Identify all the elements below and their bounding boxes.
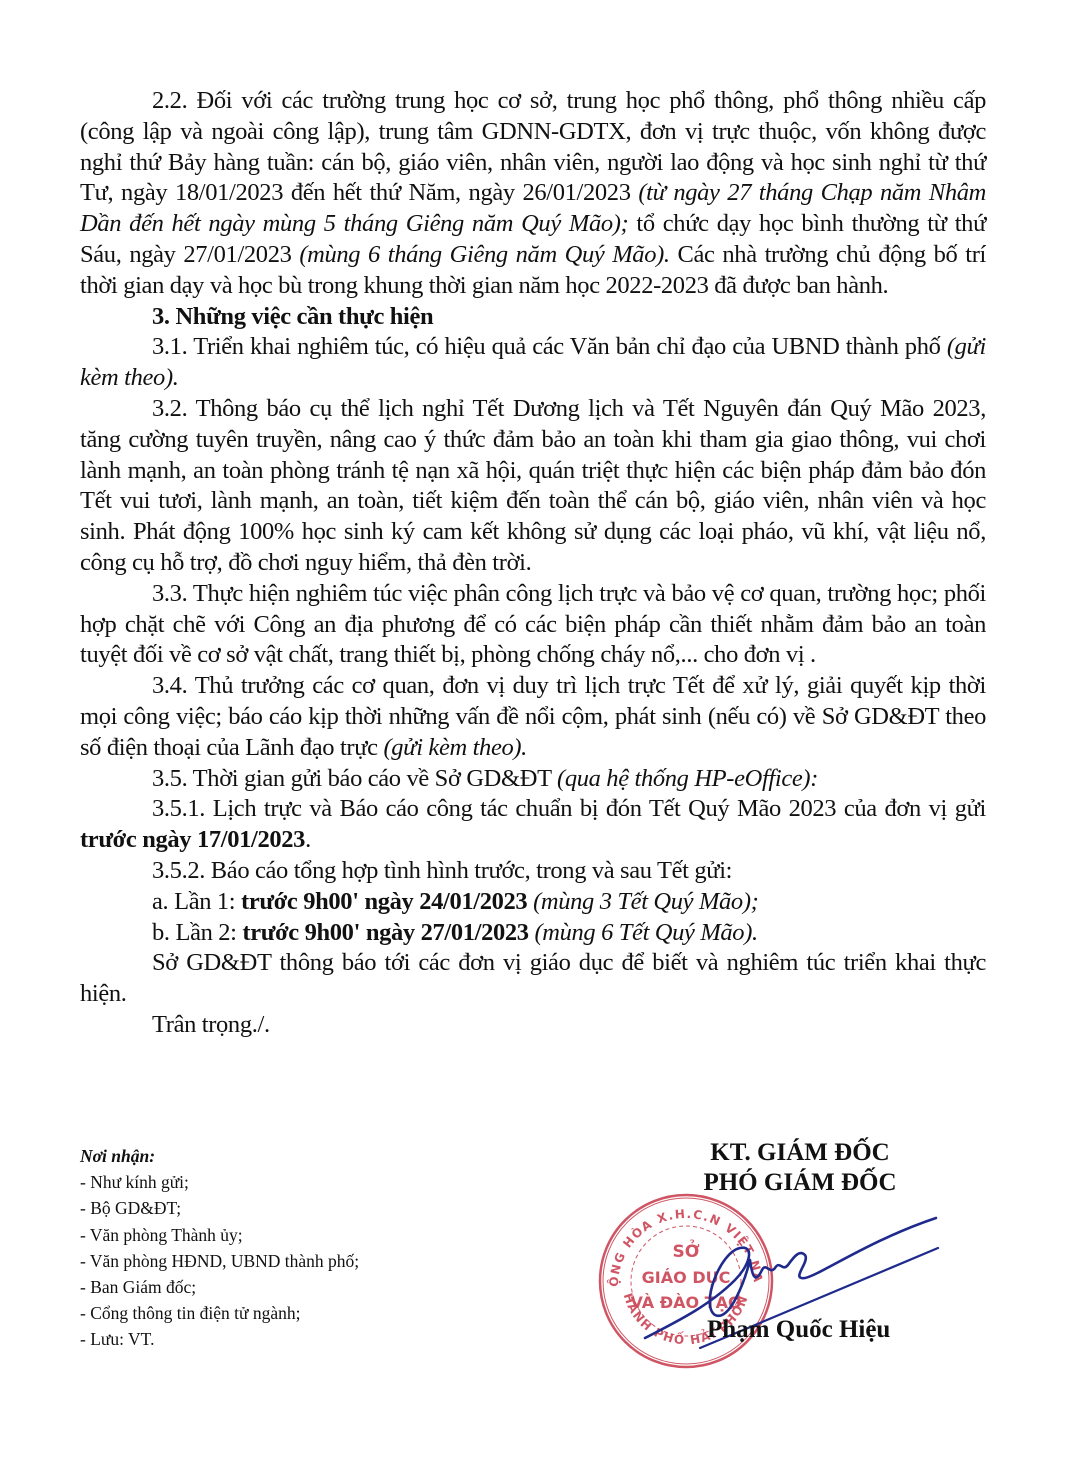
recipient-item: - Cổng thông tin điện tử ngành; [80, 1300, 359, 1326]
recipient-item: - Văn phòng HĐND, UBND thành phố; [80, 1248, 359, 1274]
document-body: 2.2. Đối với các trường trung học cơ sở,… [80, 86, 986, 1041]
signature-title-line1: KT. GIÁM ĐỐC [640, 1138, 960, 1168]
section-3-heading: 3. Những việc cần thực hiện [80, 302, 986, 333]
paragraph-3-5-1: 3.5.1. Lịch trực và Báo cáo công tác chu… [80, 794, 986, 856]
paragraph-3-5: 3.5. Thời gian gửi báo cáo về Sở GD&ĐT (… [80, 764, 986, 795]
signer-name: Phạm Quốc Hiệu [707, 1316, 890, 1344]
item-b: b. Lần 2: trước 9h00' ngày 27/01/2023 (m… [80, 918, 986, 949]
recipient-item: - Ban Giám đốc; [80, 1274, 359, 1300]
closing-paragraph: Sở GD&ĐT thông báo tới các đơn vị giáo d… [80, 948, 986, 1010]
signature-title: KT. GIÁM ĐỐC PHÓ GIÁM ĐỐC [640, 1138, 960, 1198]
paragraph-3-2: 3.2. Thông báo cụ thể lịch nghỉ Tết Dươn… [80, 394, 986, 579]
recipient-item: - Văn phòng Thành ủy; [80, 1222, 359, 1248]
recipient-item: - Lưu: VT. [80, 1326, 359, 1352]
recipients-list: Nơi nhận: - Như kính gửi; - Bộ GD&ĐT; - … [80, 1143, 359, 1353]
paragraph-3-3: 3.3. Thực hiện nghiêm túc việc phân công… [80, 579, 986, 671]
recipient-item: - Như kính gửi; [80, 1169, 359, 1195]
recipients-title: Nơi nhận: [80, 1143, 359, 1169]
regards: Trân trọng./. [80, 1010, 986, 1041]
paragraph-2-2: 2.2. Đối với các trường trung học cơ sở,… [80, 86, 986, 302]
item-a: a. Lần 1: trước 9h00' ngày 24/01/2023 (m… [80, 887, 986, 918]
paragraph-3-1: 3.1. Triển khai nghiêm túc, có hiệu quả … [80, 332, 986, 394]
recipient-item: - Bộ GD&ĐT; [80, 1195, 359, 1221]
paragraph-3-4: 3.4. Thủ trưởng các cơ quan, đơn vị duy … [80, 671, 986, 763]
paragraph-3-5-2: 3.5.2. Báo cáo tổng hợp tình hình trước,… [80, 856, 986, 887]
